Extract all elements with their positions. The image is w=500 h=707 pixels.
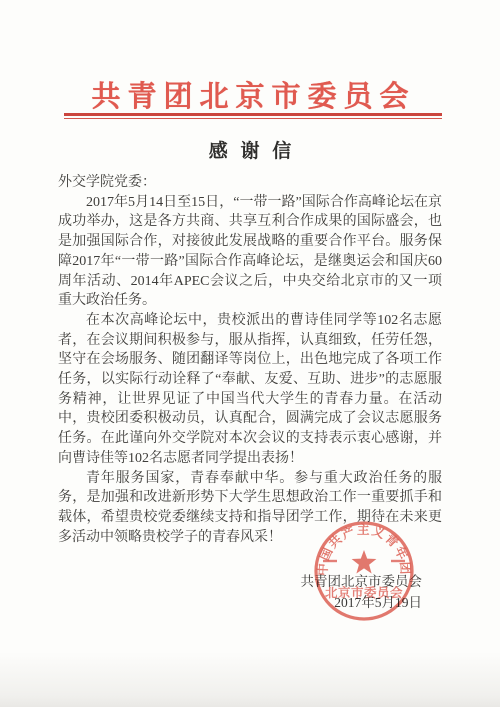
letterhead-divider-thin (64, 118, 442, 119)
letter-page: 共青团北京市委员会 感 谢 信 外交学院党委： 2017年5月14日至15日，“… (0, 0, 500, 707)
official-seal: 中国共产主义青年团 北京市委员会 (312, 519, 416, 623)
letterhead-org-name: 共青团北京市委员会 (0, 74, 500, 115)
body-paragraph-1: 2017年5月14日至15日，“一带一路”国际合作高峰论坛在京成功举办，这是各方… (58, 193, 442, 311)
letter-title: 感 谢 信 (0, 136, 500, 163)
letter-body: 外交学院党委： 2017年5月14日至15日，“一带一路”国际合作高峰论坛在京成… (58, 173, 442, 547)
letterhead-divider-thick (64, 113, 442, 116)
star-icon (352, 550, 377, 574)
body-paragraph-2: 在本次高峰论坛中，贵校派出的曹诗佳同学等102名志愿者，在会议期间积极参与，服从… (58, 311, 442, 469)
salutation: 外交学院党委： (58, 173, 442, 193)
seal-bottom-text: 北京市委员会 (325, 585, 403, 600)
